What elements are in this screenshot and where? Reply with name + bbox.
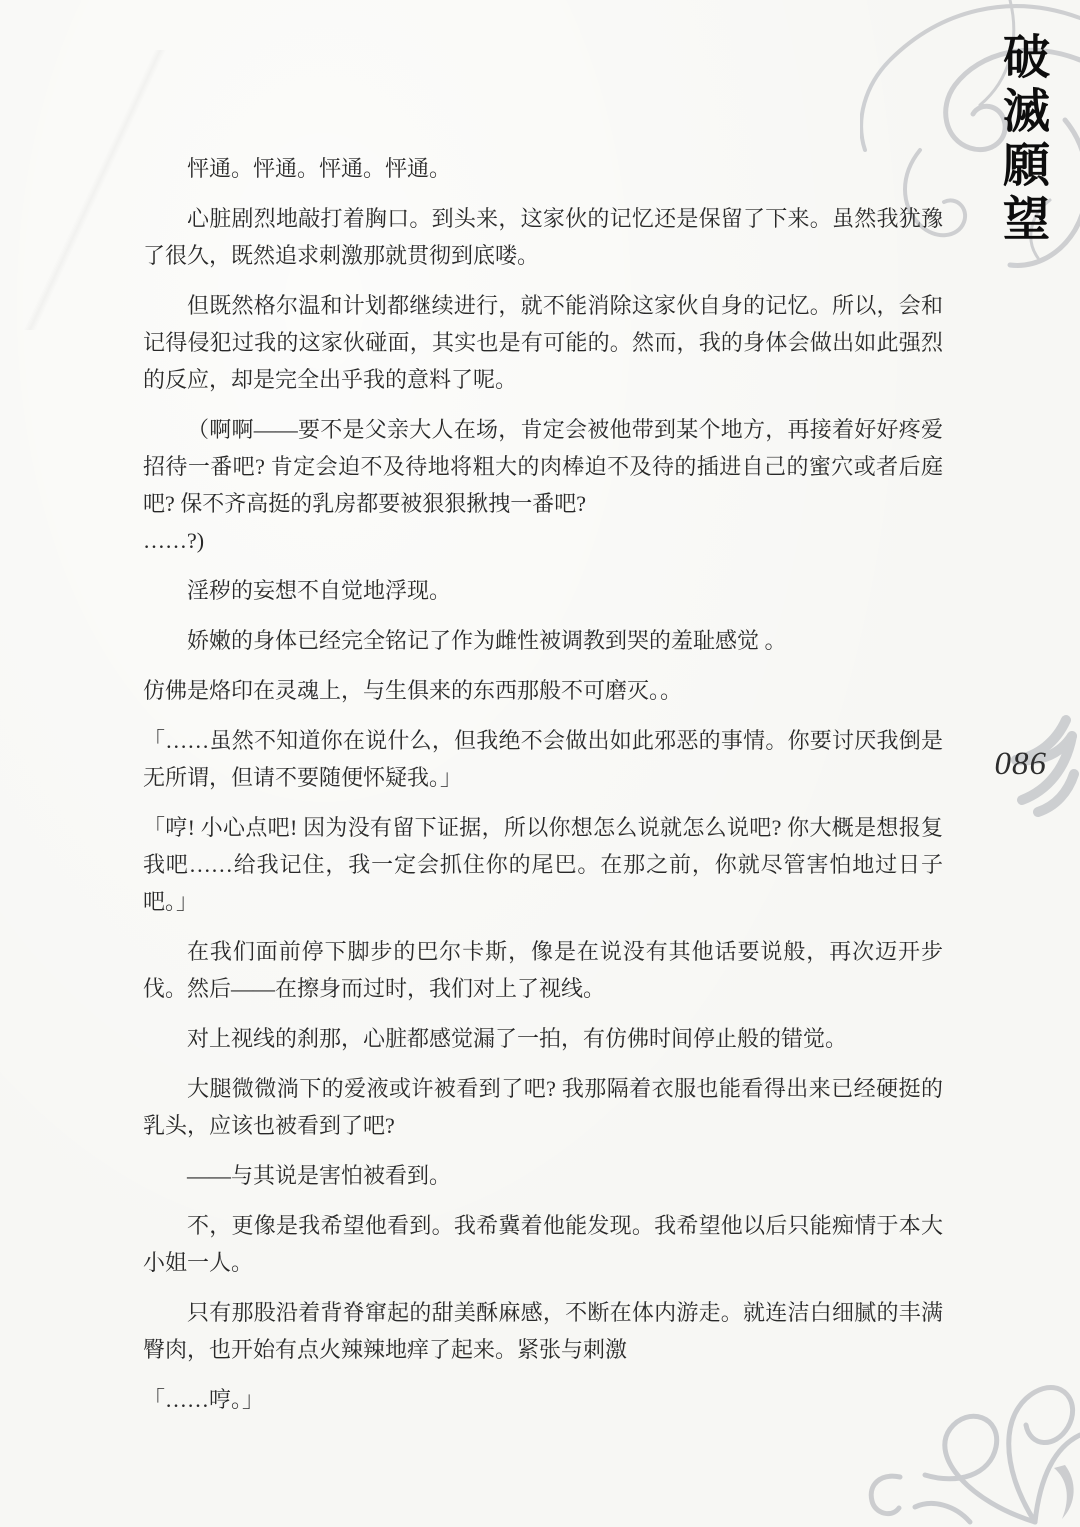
- paragraph: 娇嫩的身体已经完全铭记了作为雌性被调教到哭的羞耻感觉 。: [143, 622, 943, 659]
- paragraph: ……?): [143, 522, 943, 559]
- paragraph: 在我们面前停下脚步的巴尔卡斯，像是在说没有其他话要说般，再次迈开步伐。然后——在…: [143, 933, 943, 1007]
- paragraph: 怦通。怦通。怦通。怦通。: [143, 150, 943, 187]
- paragraph: 仿佛是烙印在灵魂上，与生俱来的东西那般不可磨灭。。: [143, 672, 943, 709]
- paragraph: 大腿微微淌下的爱液或许被看到了吧? 我那隔着衣服也能看得出来已经硬挺的乳头，应该…: [143, 1070, 943, 1144]
- paragraph: 但既然格尔温和计划都继续进行，就不能消除这家伙自身的记忆。所以，会和记得侵犯过我…: [143, 287, 943, 398]
- novel-text-column: 怦通。怦通。怦通。怦通。心脏剧烈地敲打着胸口。到头来，这家伙的记忆还是保留了下来…: [143, 150, 943, 1418]
- page-number: 086: [995, 746, 1048, 783]
- paragraph: 「……哼。」: [143, 1381, 943, 1418]
- paragraph: 「哼! 小心点吧! 因为没有留下证据，所以你想怎么说就怎么说吧? 你大概是想报复…: [143, 809, 943, 920]
- paragraph: 不，更像是我希望他看到。我希冀着他能发现。我希望他以后只能痴情于本大小姐一人。: [143, 1207, 943, 1281]
- paragraph: （啊啊——要不是父亲大人在场，肯定会被他带到某个地方，再接着好好疼爱招待一番吧?…: [143, 411, 943, 522]
- page-title-vertical: 破滅願望: [989, 32, 1056, 248]
- paragraph: 只有那股沿着背脊窜起的甜美酥麻感，不断在体内游走。就连洁白细腻的丰满臀肉，也开始…: [143, 1294, 943, 1368]
- paragraph: ——与其说是害怕被看到。: [143, 1157, 943, 1194]
- paragraph: 心脏剧烈地敲打着胸口。到头来，这家伙的记忆还是保留了下来。虽然我犹豫了很久，既然…: [143, 200, 943, 274]
- floral-swirl-ornament-icon: [850, 1317, 1080, 1527]
- paragraph: 淫秽的妄想不自觉地浮现。: [143, 572, 943, 609]
- paragraph: 对上视线的刹那，心脏都感觉漏了一拍，有仿佛时间停止般的错觉。: [143, 1020, 943, 1057]
- book-page: 破滅願望 086 怦通。怦通。怦通。怦通。心脏剧烈地敲打着胸口。到头来，这家伙的…: [0, 0, 1080, 1527]
- paragraph: 「……虽然不知道你在说什么，但我绝不会做出如此邪恶的事情。你要讨厌我倒是无所谓，…: [143, 722, 943, 796]
